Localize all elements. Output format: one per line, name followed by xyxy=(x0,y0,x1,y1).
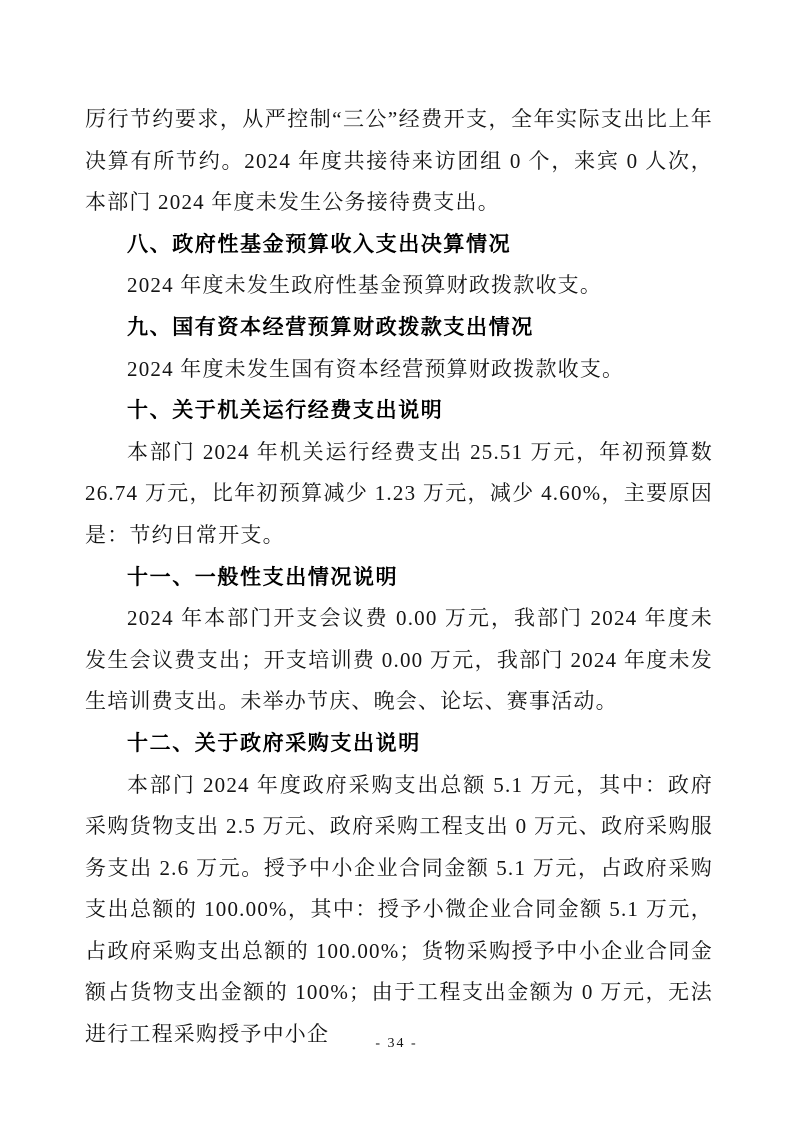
heading-section-12-government-procurement: 十二、关于政府采购支出说明 xyxy=(85,723,713,765)
document-page: 厉行节约要求，从严控制“三公”经费开支，全年实际支出比上年决算有所节约。2024… xyxy=(0,0,793,1122)
heading-section-10-agency-operating-expense: 十、关于机关运行经费支出说明 xyxy=(85,390,713,432)
heading-section-11-general-expense: 十一、一般性支出情况说明 xyxy=(85,557,713,599)
paragraph-government-fund-budget: 2024 年度未发生政府性基金预算财政拨款收支。 xyxy=(85,265,713,307)
heading-section-9-state-capital-budget: 九、国有资本经营预算财政拨款支出情况 xyxy=(85,307,713,349)
paragraph-official-reception-expense: 厉行节约要求，从严控制“三公”经费开支，全年实际支出比上年决算有所节约。2024… xyxy=(85,99,713,224)
document-body: 厉行节约要求，从严控制“三公”经费开支，全年实际支出比上年决算有所节约。2024… xyxy=(85,99,713,1056)
paragraph-general-expense: 2024 年本部门开支会议费 0.00 万元，我部门 2024 年度未发生会议费… xyxy=(85,598,713,723)
page-number: - 34 - xyxy=(0,1033,793,1055)
paragraph-agency-operating-expense: 本部门 2024 年机关运行经费支出 25.51 万元，年初预算数 26.74 … xyxy=(85,432,713,557)
paragraph-government-procurement: 本部门 2024 年度政府采购支出总额 5.1 万元，其中：政府采购货物支出 2… xyxy=(85,765,713,1056)
paragraph-state-capital-budget: 2024 年度未发生国有资本经营预算财政拨款收支。 xyxy=(85,349,713,391)
heading-section-8-government-fund-budget: 八、政府性基金预算收入支出决算情况 xyxy=(85,224,713,266)
